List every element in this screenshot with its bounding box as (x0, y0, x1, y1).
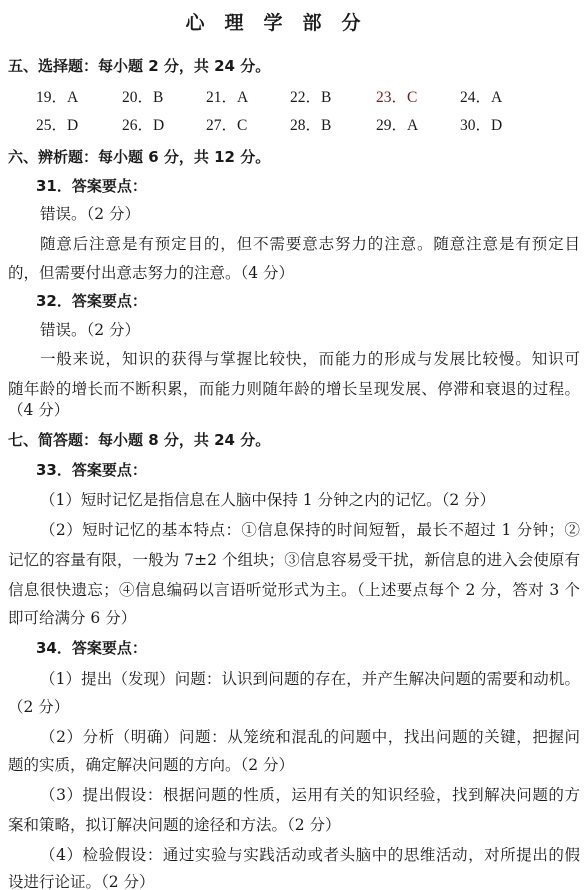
mc-answer-24: 24．A (460, 88, 502, 108)
mc-answer-27: 27．C (206, 116, 247, 136)
q33-point-1: （1）短时记忆是指信息在人脑中保持 1 分钟之内的记忆。（2 分） (40, 490, 495, 510)
q34-point-4-line-1: （4）检验假设：通过实验与实践活动或者头脑中的思维活动，对所提出的假 (40, 845, 580, 865)
mc-answer-19: 19．A (36, 88, 78, 108)
q34-point-4-line-2: 设进行论证。（2 分） (8, 872, 155, 890)
q32-verdict: 错误。（2 分） (40, 320, 140, 340)
page-title: 心理学部分 (0, 8, 588, 35)
mc-answers-row-1: 19．A 20．B 21．A 22．B 23．C 24．A (0, 88, 588, 108)
q34-point-1-line-1: （1）提出（发现）问题：认识到问题的存在，并产生解决问题的需要和动机。 (40, 669, 580, 689)
mc-answer-28: 28．B (290, 116, 331, 136)
q33-label: 33．答案要点： (36, 460, 147, 480)
q34-point-3-line-2: 案和策略，拟订解决问题的途径和方法。（2 分） (8, 815, 341, 835)
q33-point-2-line-4: 即可给满分 6 分） (8, 608, 136, 628)
q34-point-2-line-2: 题的实质，确定解决问题的方向。（2 分） (8, 755, 294, 775)
section-5-heading: 五、选择题：每小题 2 分，共 24 分。 (8, 56, 270, 76)
q33-point-2-line-1: （2）短时记忆的基本特点：①信息保持的时间短暂，最长不超过 1 分钟；② (40, 520, 580, 540)
q34-point-1-line-2: （2 分） (8, 697, 69, 717)
mc-answer-25: 25．D (36, 116, 78, 136)
section-7-heading: 七、简答题：每小题 8 分，共 24 分。 (8, 430, 270, 450)
q32-explanation-line-3: （4 分） (8, 400, 69, 420)
mc-answer-26: 26．D (122, 116, 164, 136)
q32-explanation-line-2: 随年龄的增长而不断积累，而能力则随年龄的增长呈现发展、停滞和衰退的过程。 (8, 379, 580, 399)
section-6-heading: 六、辨析题：每小题 6 分，共 12 分。 (8, 147, 270, 167)
mc-answer-20: 20．B (122, 88, 163, 108)
mc-answer-30: 30．D (460, 116, 502, 136)
q31-explanation-line-2: 的，但需要付出意志努力的注意。（4 分） (8, 263, 294, 283)
mc-answers-row-2: 25．D 26．D 27．C 28．B 29．A 30．D (0, 116, 588, 136)
q34-point-3-line-1: （3）提出假设：根据问题的性质，运用有关的知识经验，找到解决问题的方 (40, 785, 580, 805)
q31-verdict: 错误。（2 分） (40, 204, 140, 224)
mc-answer-23: 23．C (376, 88, 417, 108)
q33-point-2-line-2: 记忆的容量有限，一般为 7±2 个组块；③信息容易受干扰，新信息的进入会使原有 (8, 550, 580, 570)
q31-label: 31．答案要点： (36, 176, 147, 196)
q31-explanation-line-1: 随意后注意是有预定目的，但不需要意志努力的注意。随意注意是有预定目 (40, 234, 580, 254)
q32-label: 32．答案要点： (36, 291, 147, 311)
q32-explanation-line-1: 一般来说，知识的获得与掌握比较快，而能力的形成与发展比较慢。知识可 (40, 349, 580, 369)
q34-point-2-line-1: （2）分析（明确）问题：从笼统和混乱的问题中，找出问题的关键，把握问 (40, 727, 580, 747)
q34-label: 34．答案要点： (36, 638, 147, 658)
mc-answer-22: 22．B (290, 88, 331, 108)
mc-answer-21: 21．A (206, 88, 248, 108)
mc-answer-29: 29．A (376, 116, 418, 136)
q33-point-2-line-3: 信息很快遗忘；④信息编码以言语听觉形式为主。（上述要点每个 2 分，答对 3 个 (8, 580, 580, 600)
